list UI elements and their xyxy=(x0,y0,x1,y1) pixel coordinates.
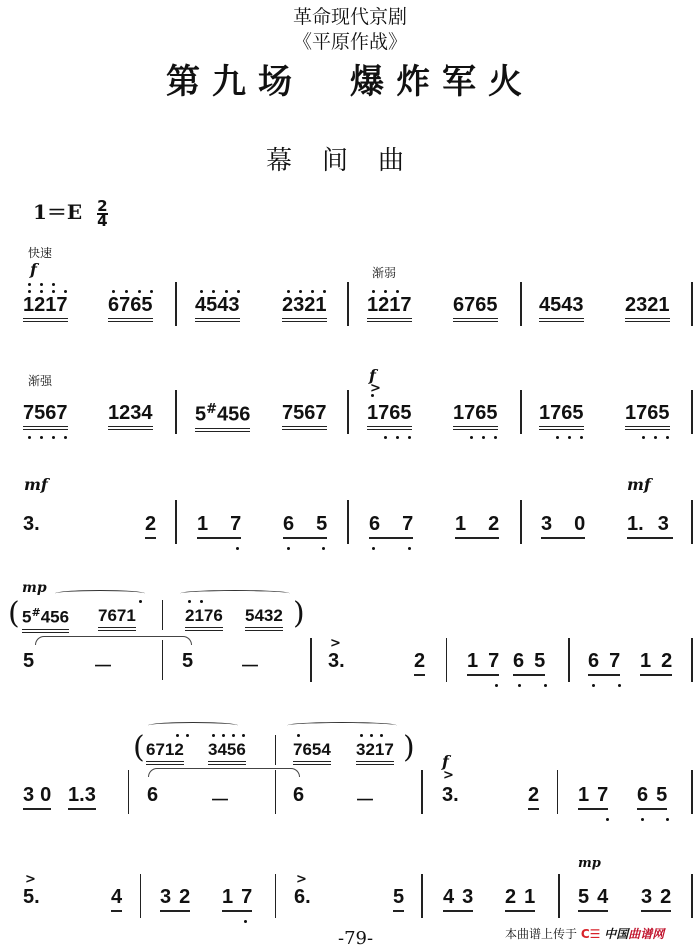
close-paren: ) xyxy=(403,730,415,765)
note: 6 xyxy=(147,784,158,807)
note: 2 xyxy=(505,886,516,908)
dynamic-mp: mp xyxy=(22,580,47,596)
octave-dot xyxy=(150,290,153,293)
note: 2 xyxy=(179,886,190,908)
low-octave-dot xyxy=(568,436,571,439)
note-group: 5432 xyxy=(245,606,283,631)
decrescendo-hairpin xyxy=(180,590,290,597)
note-group: 7567 xyxy=(23,402,68,430)
opera-title: 《平原作战》 xyxy=(0,27,700,54)
note: 3 xyxy=(658,513,669,535)
note: 5 xyxy=(534,650,545,672)
octave-dot xyxy=(212,290,215,293)
note: 456 xyxy=(217,404,250,426)
note: 3 xyxy=(160,886,171,908)
note: 6 xyxy=(513,650,524,672)
octave-dot xyxy=(176,734,179,737)
low-octave-dot xyxy=(322,547,325,550)
octave-dot xyxy=(186,734,189,737)
low-octave-dot xyxy=(244,920,247,923)
genre-heading: 革命现代京剧 xyxy=(0,2,700,29)
note-group: 1217 xyxy=(23,294,68,322)
barline xyxy=(347,500,349,544)
octave-dot xyxy=(371,394,374,397)
low-octave-dot xyxy=(654,436,657,439)
note-pair: 30 xyxy=(23,784,51,810)
note-group: 6765 xyxy=(108,294,153,322)
barline xyxy=(140,874,141,918)
note: 3 xyxy=(641,886,652,908)
note-group: 1217 xyxy=(367,294,412,322)
octave-dot xyxy=(138,290,141,293)
low-octave-dot xyxy=(470,436,473,439)
note: 1 xyxy=(455,513,466,535)
note: 0 xyxy=(574,513,585,535)
dotted-barline xyxy=(162,640,163,680)
note: 3 xyxy=(541,513,552,535)
low-octave-dot xyxy=(666,818,669,821)
dynamic-f: f xyxy=(30,260,37,279)
key-signature: 1＝E 2 4 xyxy=(33,196,108,228)
note-group: 4543 xyxy=(195,294,240,322)
barline xyxy=(421,874,423,918)
note-pair: 30 xyxy=(541,513,585,539)
note: 1 xyxy=(524,886,535,908)
note: 2 xyxy=(488,513,499,535)
barline xyxy=(310,638,312,682)
octave-dot xyxy=(40,283,43,286)
barline xyxy=(275,735,276,765)
note: 5 xyxy=(316,513,327,535)
dynamic-mp: mp xyxy=(578,856,601,871)
note-pair: 17 xyxy=(197,513,241,539)
barline xyxy=(275,770,276,814)
barline xyxy=(520,500,522,544)
octave-dot xyxy=(232,734,235,737)
watermark[interactable]: 本曲谱上传于 C☰ 中国曲谱网 xyxy=(505,925,664,942)
note-group: 6712 xyxy=(146,740,184,765)
note-group: 6765 xyxy=(453,294,498,322)
tempo-marking: 快速 xyxy=(28,244,52,261)
low-octave-dot xyxy=(606,818,609,821)
note: 7 xyxy=(241,886,252,908)
barline xyxy=(275,874,276,918)
note: 2 xyxy=(660,886,671,908)
note-pair: 17 xyxy=(222,886,252,912)
note: 1. xyxy=(627,513,644,535)
decrescendo-hairpin xyxy=(287,722,397,729)
scene-title: 第九场 爆炸军火 xyxy=(0,54,700,103)
tie xyxy=(148,768,300,777)
octave-dot xyxy=(139,600,142,603)
note: 6 xyxy=(369,513,380,535)
note-pair: 17 xyxy=(578,784,608,810)
octave-dot xyxy=(237,290,240,293)
low-octave-dot xyxy=(64,436,67,439)
low-octave-dot xyxy=(618,684,621,687)
barline xyxy=(520,390,522,434)
low-octave-dot xyxy=(482,436,485,439)
note-pair: 1.3 xyxy=(627,513,673,539)
low-octave-dot xyxy=(544,684,547,687)
octave-dot xyxy=(188,600,191,603)
note-group: 2321 xyxy=(625,294,670,322)
note-pair: 12 xyxy=(640,650,672,676)
note-group: 7567 xyxy=(282,402,327,430)
crescendo-hairpin xyxy=(55,590,145,597)
barline xyxy=(520,282,522,326)
barline xyxy=(347,390,349,434)
dash: － xyxy=(355,784,375,813)
dash: － xyxy=(93,650,113,679)
octave-dot xyxy=(125,290,128,293)
low-octave-dot xyxy=(28,436,31,439)
note: 2 xyxy=(145,513,156,539)
accent-mark: > xyxy=(330,636,341,651)
tie xyxy=(35,636,192,645)
note: 456 xyxy=(41,608,69,627)
open-paren: ( xyxy=(8,596,20,631)
barline xyxy=(568,638,570,682)
octave-dot xyxy=(242,734,245,737)
barline xyxy=(691,390,693,434)
low-octave-dot xyxy=(396,436,399,439)
barline xyxy=(175,282,177,326)
note-pair: 67 xyxy=(369,513,413,539)
note: 7 xyxy=(402,513,413,535)
note: 3. xyxy=(328,650,345,673)
note: 5 xyxy=(182,650,193,673)
barline xyxy=(558,874,560,918)
barline xyxy=(347,282,349,326)
low-octave-dot xyxy=(384,436,387,439)
octave-dot xyxy=(200,600,203,603)
barline xyxy=(691,500,693,544)
watermark-site-b: 曲谱网 xyxy=(628,927,664,941)
note: 7 xyxy=(597,784,608,806)
barline xyxy=(175,390,177,434)
note: 1 xyxy=(578,784,589,806)
low-octave-dot xyxy=(372,547,375,550)
note: 4 xyxy=(443,886,454,908)
note: 1 xyxy=(467,650,478,672)
low-octave-dot xyxy=(495,684,498,687)
note: 6 xyxy=(293,784,304,807)
octave-dot xyxy=(200,290,203,293)
note-group: 1765 xyxy=(539,402,584,430)
note: 1. xyxy=(68,784,85,806)
piece-title: 幕间曲 xyxy=(0,140,700,177)
octave-dot xyxy=(297,734,300,737)
barline xyxy=(128,770,129,814)
low-octave-dot xyxy=(494,436,497,439)
barline xyxy=(446,638,447,682)
low-octave-dot xyxy=(592,684,595,687)
time-numerator: 2 xyxy=(97,200,107,213)
barline xyxy=(691,770,693,814)
note: 1 xyxy=(197,513,208,535)
note-group-with-sharp: 5#456 xyxy=(22,606,69,633)
note: 3. xyxy=(442,784,459,807)
open-paren: ( xyxy=(133,730,145,765)
octave-dot xyxy=(370,734,373,737)
octave-dot xyxy=(299,290,302,293)
note-group: 3456 xyxy=(208,740,246,765)
note-pair: 32 xyxy=(160,886,190,912)
barline xyxy=(691,638,693,682)
octave-dot xyxy=(225,290,228,293)
barline xyxy=(175,500,177,544)
note-pair: 17 xyxy=(467,650,499,676)
octave-dot xyxy=(64,290,67,293)
octave-dot xyxy=(396,290,399,293)
note: 4 xyxy=(597,886,608,908)
note-group: 2176 xyxy=(185,606,223,631)
low-octave-dot xyxy=(556,436,559,439)
accent-mark: > xyxy=(443,768,454,783)
dynamic-mf: mf xyxy=(627,475,651,494)
note-group-with-sharp: 5#456 xyxy=(195,402,250,432)
note-pair: 65 xyxy=(637,784,667,810)
low-octave-dot xyxy=(580,436,583,439)
note-group: 7671 xyxy=(98,606,136,631)
dash: － xyxy=(240,650,260,679)
note: 5 xyxy=(393,886,404,912)
note-group: 4543 xyxy=(539,294,584,322)
dynamic-mf: mf xyxy=(24,475,48,494)
barline xyxy=(691,874,693,918)
octave-dot xyxy=(372,290,375,293)
note-group: 1234 xyxy=(108,402,153,430)
low-octave-dot xyxy=(287,547,290,550)
note: 0 xyxy=(40,784,51,806)
note: 6. xyxy=(294,886,311,909)
octave-dot xyxy=(222,734,225,737)
note-pair: 65 xyxy=(283,513,327,539)
octave-dot xyxy=(360,734,363,737)
note-group: 1765 xyxy=(453,402,498,430)
note: 3 xyxy=(23,784,34,806)
close-paren: ) xyxy=(293,596,305,631)
octave-dot xyxy=(28,290,31,293)
note: 6 xyxy=(283,513,294,535)
sharp-sign: # xyxy=(206,402,217,417)
note-pair: 54 xyxy=(578,886,608,912)
note-group: 1765 xyxy=(625,402,670,430)
dim-marking: 渐弱 xyxy=(372,264,396,281)
note: 5 xyxy=(23,650,34,673)
note: 6 xyxy=(637,784,648,806)
note: 2 xyxy=(661,650,672,672)
note: 3 xyxy=(462,886,473,908)
low-octave-dot xyxy=(518,684,521,687)
note: 5 xyxy=(195,404,206,426)
note: 5 xyxy=(656,784,667,806)
note: 7 xyxy=(230,513,241,535)
octave-dot xyxy=(52,290,55,293)
note: 1 xyxy=(222,886,233,908)
note: 6 xyxy=(588,650,599,672)
watermark-site-a: 中国 xyxy=(604,927,628,941)
low-octave-dot xyxy=(236,547,239,550)
dash: － xyxy=(210,784,230,813)
crescendo-hairpin xyxy=(148,722,238,729)
low-octave-dot xyxy=(40,436,43,439)
low-octave-dot xyxy=(666,436,669,439)
barline xyxy=(691,282,693,326)
accent-mark: > xyxy=(25,872,36,887)
note-group: 2321 xyxy=(282,294,327,322)
note-group: 3217 xyxy=(356,740,394,765)
note: 2 xyxy=(528,784,539,810)
octave-dot xyxy=(311,290,314,293)
note-pair: 43 xyxy=(443,886,473,912)
note-group: 7654 xyxy=(293,740,331,765)
octave-dot xyxy=(323,290,326,293)
note: 4 xyxy=(111,886,122,912)
note: 7 xyxy=(488,650,499,672)
low-octave-dot xyxy=(52,436,55,439)
octave-dot xyxy=(52,283,55,286)
time-signature: 2 4 xyxy=(97,200,107,228)
octave-dot xyxy=(112,290,115,293)
note: 3 xyxy=(85,784,96,806)
octave-dot xyxy=(380,734,383,737)
note: 2 xyxy=(414,650,425,676)
note: 5. xyxy=(23,886,40,909)
note: 5 xyxy=(578,886,589,908)
sharp-sign: # xyxy=(31,606,40,619)
octave-dot xyxy=(28,283,31,286)
low-octave-dot xyxy=(641,818,644,821)
note: 3. xyxy=(23,513,40,536)
barline xyxy=(557,770,558,814)
key-label: 1＝E xyxy=(33,200,82,224)
note-pair: 1.3 xyxy=(68,784,96,810)
note: 1 xyxy=(640,650,651,672)
page-number: -79- xyxy=(338,928,373,948)
low-octave-dot xyxy=(408,547,411,550)
octave-dot xyxy=(287,290,290,293)
note: 7 xyxy=(609,650,620,672)
octave-dot xyxy=(212,734,215,737)
note-pair: 67 xyxy=(588,650,620,676)
barline xyxy=(421,770,423,814)
watermark-text: 本曲谱上传于 xyxy=(505,927,577,941)
note-pair: 65 xyxy=(513,650,545,676)
note-pair: 12 xyxy=(455,513,499,539)
note-group: 1765 xyxy=(367,402,412,430)
low-octave-dot xyxy=(642,436,645,439)
site-logo-icon: C☰ xyxy=(581,927,601,941)
low-octave-dot xyxy=(408,436,411,439)
note-pair: 32 xyxy=(641,886,671,912)
note-pair: 21 xyxy=(505,886,535,912)
time-denominator: 4 xyxy=(97,213,107,228)
octave-dot xyxy=(384,290,387,293)
dotted-barline xyxy=(162,600,163,630)
octave-dot xyxy=(40,290,43,293)
accent-mark: > xyxy=(296,872,307,887)
cresc-marking: 渐强 xyxy=(28,372,52,389)
